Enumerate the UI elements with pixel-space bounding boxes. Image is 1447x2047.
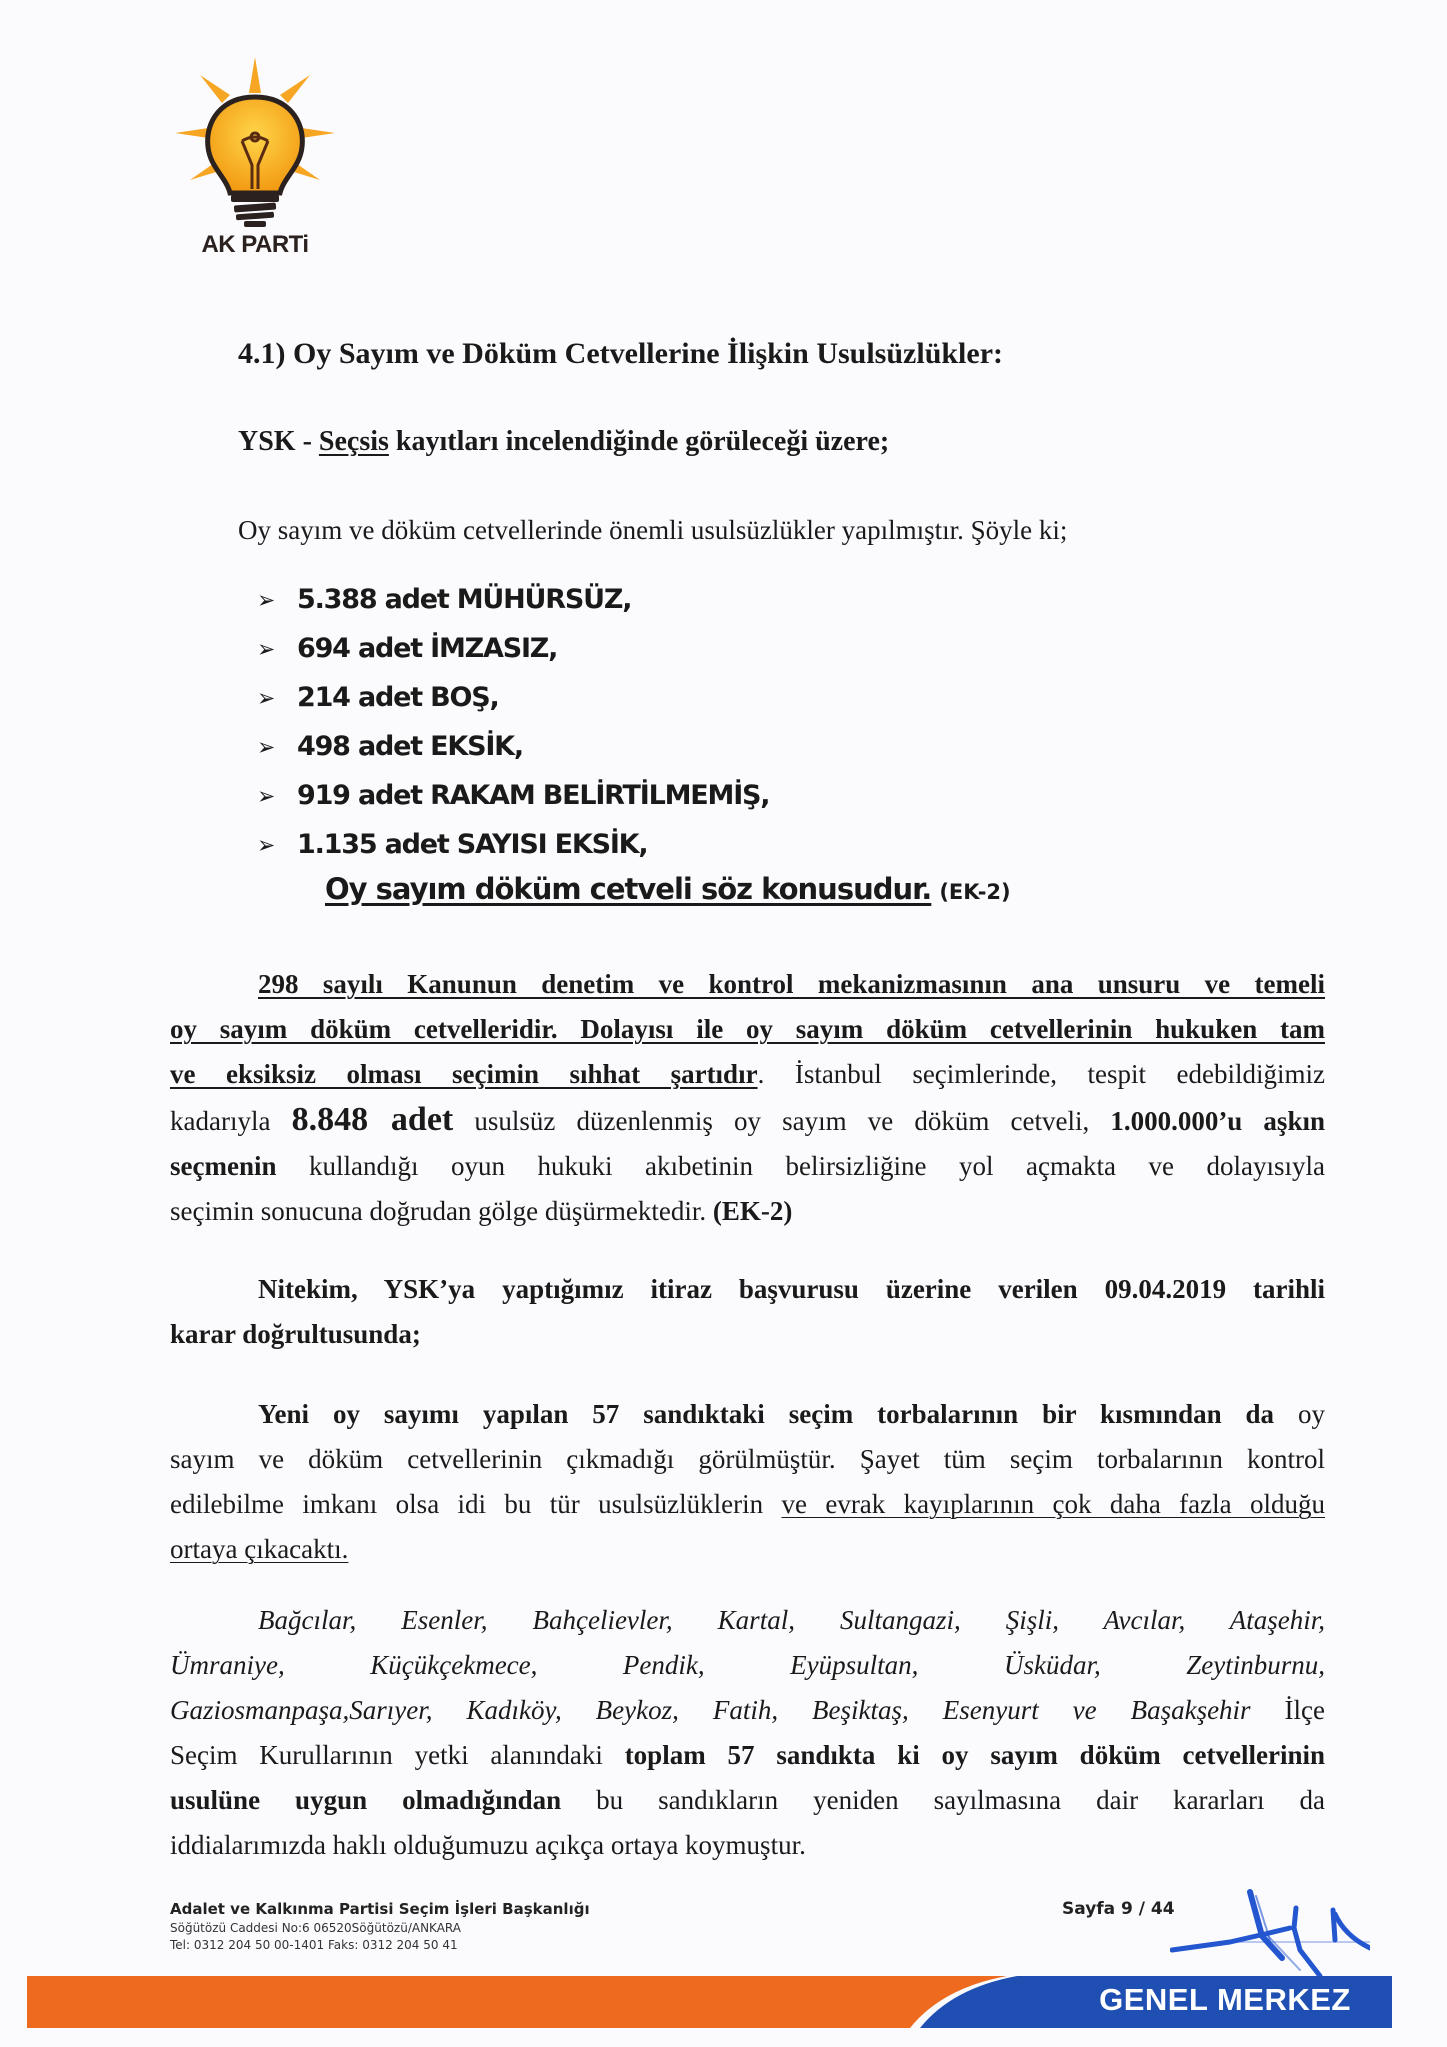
lightbulb-logo-icon bbox=[160, 55, 350, 230]
list-item: ➢919 adet RAKAM BELİRTİLMEMİŞ, bbox=[255, 771, 769, 820]
arrowhead-bullet-icon: ➢ bbox=[257, 723, 295, 772]
annex-reference: (EK-2) bbox=[939, 880, 1010, 904]
list-item: ➢5.388 adet MÜHÜRSÜZ, bbox=[255, 575, 769, 624]
ysk-intro-line: YSK - Seçsis kayıtları incelendiğinde gö… bbox=[238, 420, 889, 464]
ysk-prefix: YSK - bbox=[238, 426, 319, 457]
arrowhead-bullet-icon: ➢ bbox=[257, 625, 295, 674]
bullets-summary: Oy sayım döküm cetveli söz konusudur.(EK… bbox=[325, 872, 1011, 906]
paragraph-ysk-decision: Nitekim, YSK’ya yaptığımız itiraz başvur… bbox=[170, 1267, 1325, 1357]
ysk-suffix: kayıtları incelendiğinde görüleceği üzer… bbox=[389, 426, 889, 457]
list-item: ➢214 adet BOŞ, bbox=[255, 673, 769, 722]
arrowhead-bullet-icon: ➢ bbox=[257, 821, 295, 870]
secsis-link-text: Seçsis bbox=[319, 426, 389, 457]
page-number: Sayfa 9 / 44 bbox=[1062, 1899, 1175, 1919]
arrowhead-bullet-icon: ➢ bbox=[257, 576, 295, 625]
list-item: ➢1.135 adet SAYISI EKSİK, bbox=[255, 820, 769, 869]
list-item: ➢498 adet EKSİK, bbox=[255, 722, 769, 771]
paragraph-recount: Yeni oy sayımı yapılan 57 sandıktaki seç… bbox=[170, 1392, 1325, 1572]
footer-organization: Adalet ve Kalkınma Partisi Seçim İşleri … bbox=[170, 1900, 590, 1918]
section-heading: 4.1) Oy Sayım ve Döküm Cetvellerine İliş… bbox=[238, 332, 1003, 376]
genel-merkez-label: GENEL MERKEZ bbox=[1060, 1982, 1390, 2018]
arrowhead-bullet-icon: ➢ bbox=[257, 772, 295, 821]
list-item: ➢694 adet İMZASIZ, bbox=[255, 624, 769, 673]
summary-text: Oy sayım döküm cetveli söz konusudur. bbox=[325, 872, 931, 906]
footer-phone: Tel: 0312 204 50 00-1401 Faks: 0312 204 … bbox=[170, 1938, 458, 1952]
arrowhead-bullet-icon: ➢ bbox=[257, 674, 295, 723]
paragraph-law-298: 298 sayılı Kanunun denetim ve kontrol me… bbox=[170, 962, 1325, 1234]
ak-parti-logo: AK PARTi bbox=[160, 55, 350, 265]
signature-icon bbox=[1170, 1870, 1370, 1980]
intro-line: Oy sayım ve döküm cetvellerinde önemli u… bbox=[238, 508, 1067, 552]
irregularity-list: ➢5.388 adet MÜHÜRSÜZ, ➢694 adet İMZASIZ,… bbox=[255, 575, 769, 869]
footer-address: Söğütözü Caddesi No:6 06520Söğütözü/ANKA… bbox=[170, 1921, 461, 1935]
paragraph-districts: Bağcılar, Esenler, Bahçelievler, Kartal,… bbox=[170, 1598, 1325, 1868]
logo-text: AK PARTi bbox=[160, 231, 350, 259]
